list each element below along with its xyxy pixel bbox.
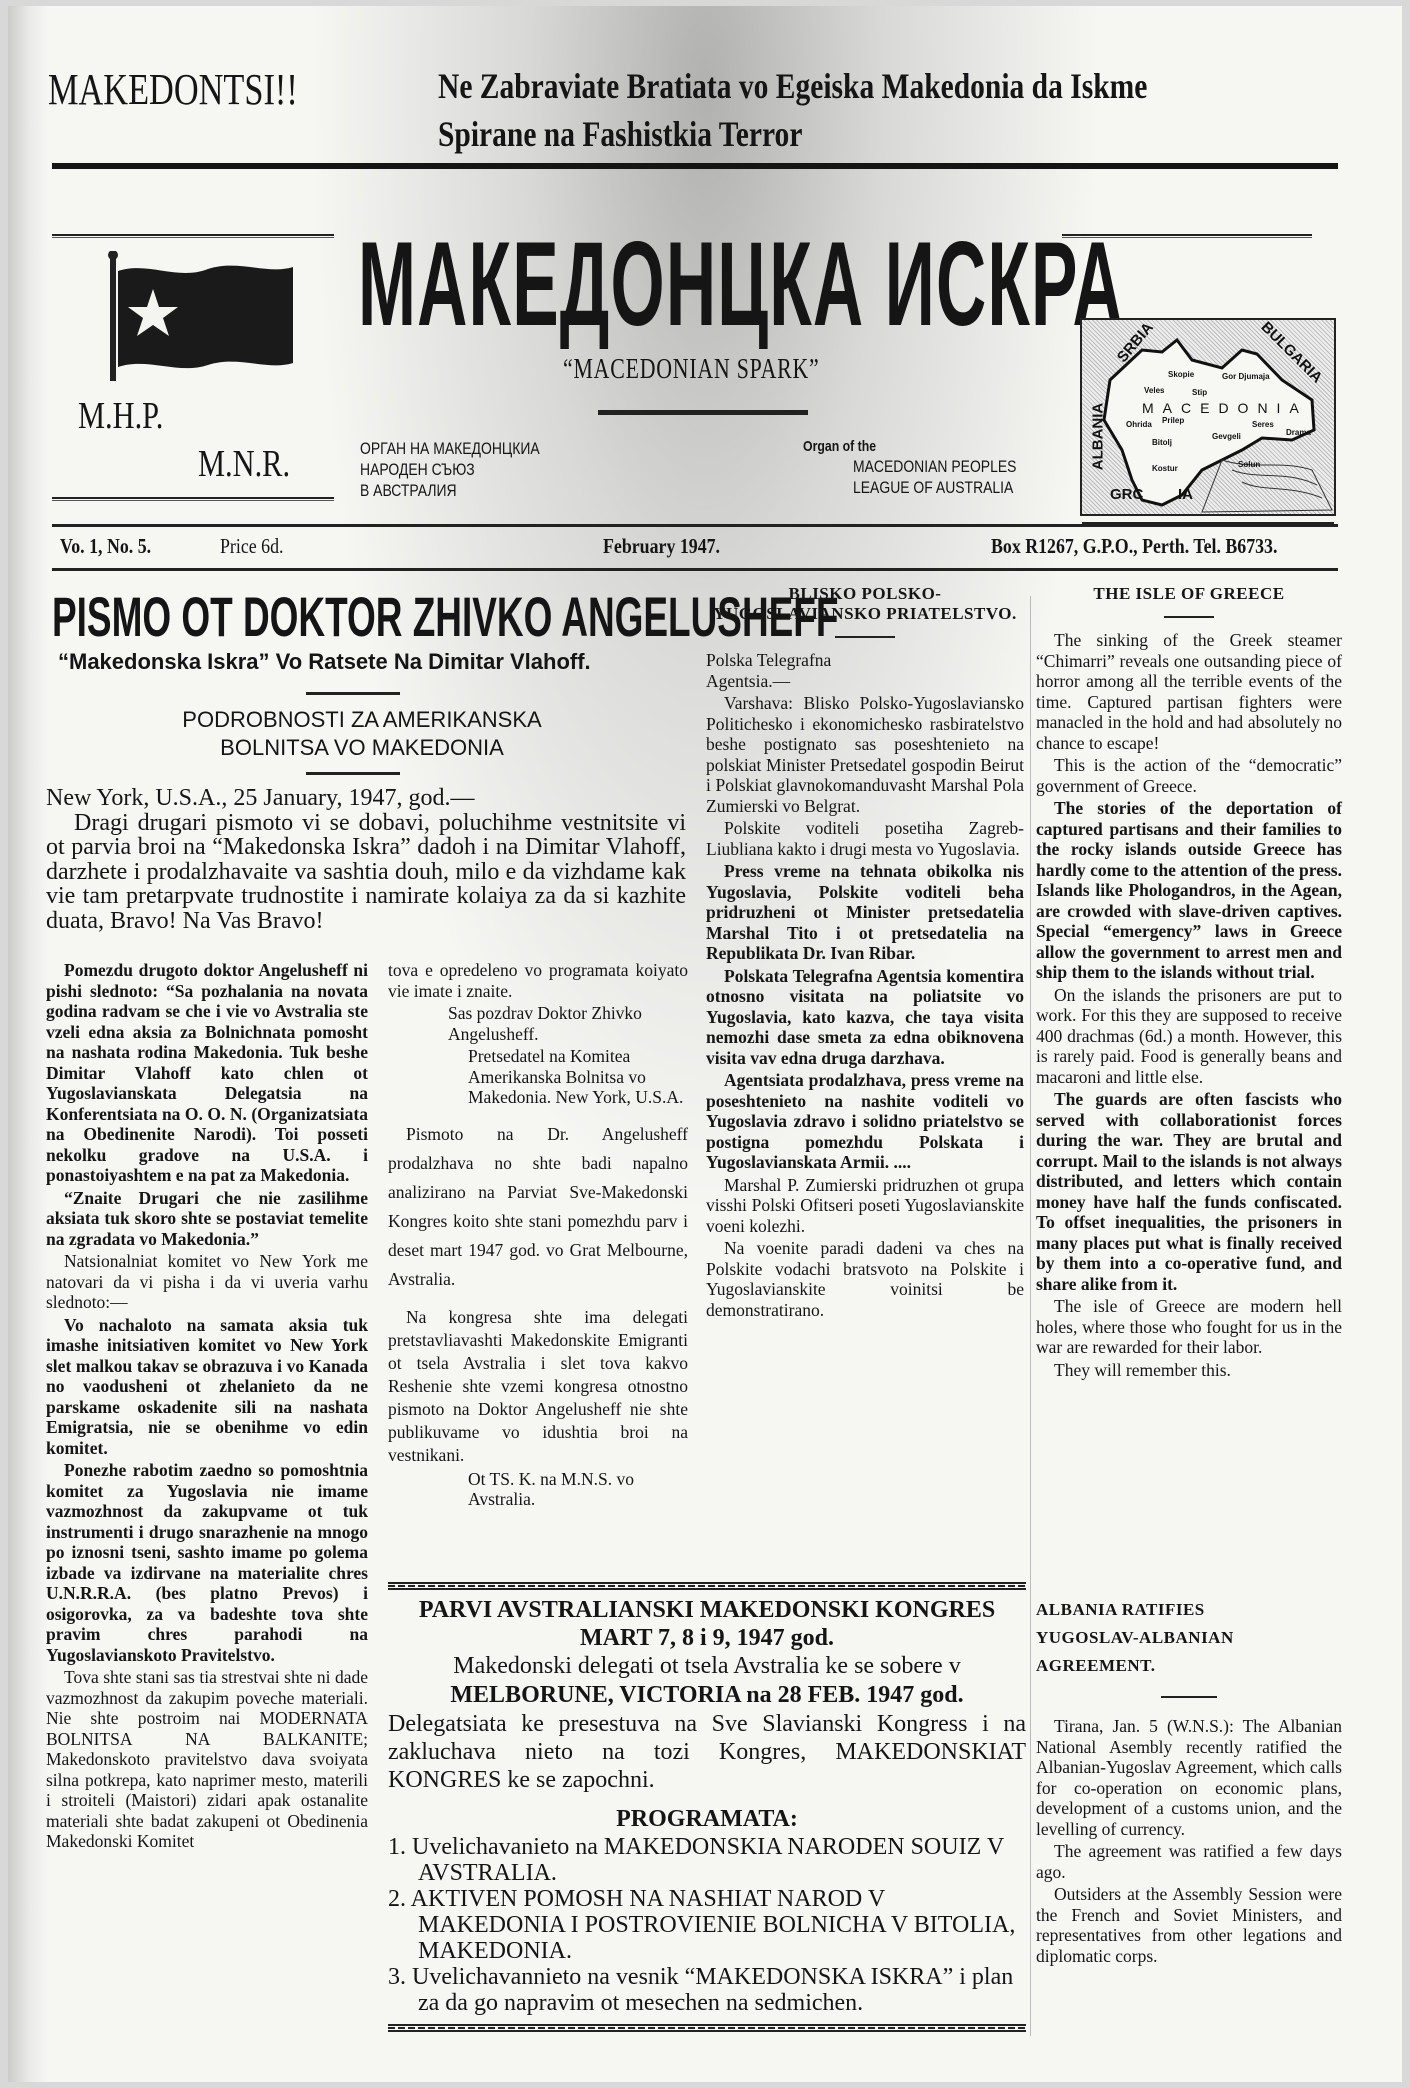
mnemonic-cyrillic: M.H.P. — [78, 394, 163, 438]
paragraph: Na voenite paradi dadeni va ches na Pols… — [706, 1238, 1024, 1320]
map-label-albania: ALBANIA — [1089, 403, 1106, 471]
divider — [598, 410, 808, 415]
map-city: Gevgeli — [1212, 432, 1241, 441]
divider — [306, 772, 400, 775]
map-city: Skopie — [1168, 370, 1194, 379]
volume-number: Vo. 1, No. 5. — [60, 534, 151, 559]
kongres-description: Delegatsiata ke presestuva na Sve Slavia… — [388, 1710, 1026, 1794]
paragraph: The sinking of the Greek steamer “Chimar… — [1036, 630, 1342, 753]
paragraph: Polskite voditeli posetiha Zagreb-Liubli… — [706, 818, 1024, 859]
divider — [835, 636, 895, 638]
program-item: 3. Uvelichavannieto na vesnik “MAKEDONSK… — [388, 1964, 1026, 2016]
masthead-title: МАКЕДОНЦКА ИСКРА — [358, 224, 1124, 344]
signature: Sas pozdrav Doktor Zhivko Angelusheff. — [388, 1003, 688, 1044]
map-city: Kostur — [1152, 464, 1178, 473]
main-article-column-2: tova e opredeleno vo programata koiyato … — [388, 960, 688, 1512]
address: Box R1267, G.P.O., Perth. Tel. B6733. — [991, 534, 1277, 559]
main-article-column-1: Pomezdu drugoto doktor Angelusheff ni pi… — [46, 960, 368, 1854]
paragraph: Na kongresa shte ima delegati pretstavli… — [388, 1306, 688, 1467]
paragraph: They will remember this. — [1036, 1360, 1342, 1381]
map-label-macedonia: MACEDONIA — [1142, 400, 1308, 416]
organ-label: Organ of the — [803, 438, 876, 455]
macedonia-map: SRBIA BULGARIA ALBANIA GRC IA MACEDONIA … — [1080, 318, 1336, 516]
program-title: PROGRAMATA: — [388, 1804, 1026, 1834]
paragraph: Varshava: Blisko Polsko-Yugoslaviansko P… — [706, 693, 1024, 816]
kongres-dates: MART 7, 8 i 9, 1947 god. — [388, 1624, 1026, 1652]
banner-rule — [52, 163, 1338, 169]
organ-cyrillic: ОРГАН НА МАКЕДОНЦКИА НАРОДЕН СЪЮЗ В АВСТ… — [360, 438, 540, 501]
albania-article: ALBANIA RATIFIES YUGOSLAV-ALBANIAN AGREE… — [1036, 1596, 1342, 1968]
map-city: Ohrida — [1126, 420, 1152, 429]
paragraph: Polskata Telegrafna Agentsia komentira o… — [706, 966, 1024, 1069]
kongres-announcement: PARVI AVSTRALIANSKI MAKEDONSKI KONGRES M… — [388, 1582, 1026, 2032]
divider — [52, 497, 334, 501]
section-headline: PODROBNOSTI ZA AMERIKANSKA BOLNITSA VO M… — [52, 706, 672, 762]
flag-icon — [108, 251, 298, 381]
greece-article: THE ISLE OF GREECE The sinking of the Gr… — [1036, 584, 1342, 1382]
closing: Ot TS. K. na M.N.S. vo Avstralia. — [388, 1469, 688, 1510]
divider — [52, 568, 1338, 571]
paragraph: The stories of the deportation of captur… — [1036, 798, 1342, 983]
map-city: Drama — [1286, 428, 1311, 437]
dashed-divider — [388, 2024, 1026, 2032]
map-city: Bitolj — [1152, 438, 1172, 447]
price: Price 6d. — [220, 534, 283, 559]
map-label-greece-b: IA — [1178, 486, 1193, 503]
program-list: 1. Uvelichavanieto na MAKEDONSKIA NARODE… — [388, 1834, 1026, 2016]
paragraph: Pismoto na Dr. Angelusheff prodalzhava n… — [388, 1120, 688, 1294]
signature-title: Pretsedatel na Komitea Amerikanska Bolni… — [388, 1046, 688, 1108]
divider — [1161, 1696, 1217, 1698]
paragraph: tova e opredeleno vo programata koiyato … — [388, 960, 688, 1001]
map-label-greece-a: GRC — [1110, 486, 1143, 503]
article-subhead: “Makedonska Iskra” Vo Ratsete Na Dimitar… — [58, 649, 591, 675]
map-city: Prilep — [1162, 416, 1184, 425]
paragraph: Ponezhe rabotim zaedno so pomoshtnia kom… — [46, 1460, 368, 1665]
dashed-divider — [388, 1582, 1026, 1590]
paragraph: Press vreme na tehnata obikolka nis Yugo… — [706, 861, 1024, 964]
masthead-subtitle: “MACEDONIAN SPARK” — [563, 354, 820, 386]
paragraph: Tirana, Jan. 5 (W.N.S.): The Albanian Na… — [1036, 1716, 1342, 1839]
mnemonic-latin: M.N.R. — [198, 442, 290, 486]
divider — [306, 692, 400, 695]
newspaper-page: MAKEDONTSI!! Ne Zabraviate Bratiata vo E… — [8, 6, 1402, 2082]
map-city: Seres — [1252, 420, 1274, 429]
program-item: 1. Uvelichavanieto na MAKEDONSKIA NARODE… — [388, 1834, 1026, 1886]
polish-headline: BLISKO POLSKO-YUGOSLAVIANSKO PRIATELSTVO… — [706, 584, 1024, 624]
divider — [52, 524, 1338, 527]
paragraph: The isle of Greece are modern hell holes… — [1036, 1296, 1342, 1358]
paragraph: Marshal P. Zumierski pridruzhen ot grupa… — [706, 1175, 1024, 1237]
divider — [1062, 234, 1312, 238]
divider — [52, 234, 334, 238]
map-city: Gor Djumaja — [1222, 372, 1270, 381]
issue-date: February 1947. — [603, 534, 720, 559]
paragraph: “Znaite Drugari che nie zasilihme aksiat… — [46, 1188, 368, 1250]
map-city: Solun — [1238, 460, 1260, 469]
kongres-location: MELBORUNE, VICTORIA na 28 FEB. 1947 god. — [388, 1680, 1026, 1710]
article-intro: New York, U.S.A., 25 January, 1947, god.… — [46, 786, 686, 933]
banner-exclamation: MAKEDONTSI!! — [48, 64, 298, 115]
paragraph: On the islands the prisoners are put to … — [1036, 985, 1342, 1088]
paragraph: The guards are often fascists who served… — [1036, 1089, 1342, 1294]
paragraph: This is the action of the “democratic” g… — [1036, 755, 1342, 796]
kongres-title: PARVI AVSTRALIANSKI MAKEDONSKI KONGRES — [388, 1596, 1026, 1624]
polish-article: BLISKO POLSKO-YUGOSLAVIANSKO PRIATELSTVO… — [706, 584, 1024, 1322]
paragraph: Outsiders at the Assembly Session were t… — [1036, 1884, 1342, 1966]
paragraph: Natsionalniat komitet vo New York me nat… — [46, 1251, 368, 1313]
kongres-line: Makedonski delegati ot tsela Avstralia k… — [388, 1652, 1026, 1680]
paragraph: Pomezdu drugoto doktor Angelusheff ni pi… — [46, 960, 368, 1186]
column-rule — [1030, 596, 1031, 2036]
map-city: Veles — [1144, 386, 1164, 395]
paragraph: Agentsiata prodalzhava, press vreme na p… — [706, 1070, 1024, 1173]
banner-slogan: Ne Zabraviate Bratiata vo Egeiska Makedo… — [438, 62, 1176, 158]
map-city: Stip — [1192, 388, 1207, 397]
source: Polska Telegrafna Agentsia.— — [706, 650, 876, 691]
program-item: 2. AKTIVEN POMOSH NA NASHIAT NAROD V MAK… — [388, 1886, 1026, 1964]
divider — [1164, 616, 1214, 618]
paragraph: The agreement was ratified a few days ag… — [1036, 1841, 1342, 1882]
dateline: New York, U.S.A., 25 January, 1947, god.… — [46, 786, 686, 811]
greece-headline: THE ISLE OF GREECE — [1036, 584, 1342, 604]
paragraph: Tova shte stani sas tia strestvai shte n… — [46, 1667, 368, 1852]
paragraph: Vo nachaloto na samata aksia tuk imashe … — [46, 1315, 368, 1459]
intro-paragraph: Dragi drugari pismoto vi se dobavi, polu… — [46, 811, 686, 934]
albania-headline: ALBANIA RATIFIES YUGOSLAV-ALBANIAN AGREE… — [1036, 1596, 1266, 1680]
organ-english: MACEDONIAN PEOPLES LEAGUE OF AUSTRALIA — [853, 456, 1016, 498]
